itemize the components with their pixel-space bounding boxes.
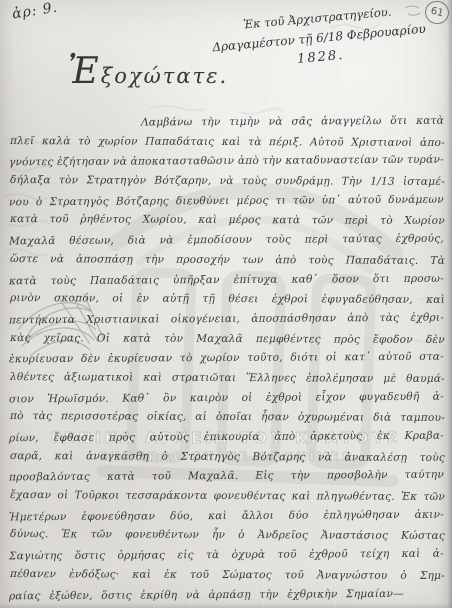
manuscript-line: Σαγιώτηςὅστιςὁρμήσαςεἰςτὰὀχυρὰτοῦἐχθροῦτ… xyxy=(9,548,444,570)
manuscript-line: πέθανενἐνδόξως·καὶἐκτοῦΣώματοςτοῦἈναγνώσ… xyxy=(10,568,445,590)
manuscript-line: προσβαλόνταςκατὰτοῦΜαχαλᾶ.Εἰςτὴνπροσβολὴ… xyxy=(9,469,444,491)
manuscript-line: ἐκυρίευσανδὲνἐκυρίευσαντὸχωρίοντοῦτο,διό… xyxy=(9,351,444,373)
manuscript-line: κὰςχεῖρας.ΟἱκατὰτὸνΜαχαλᾶπεμφθέντεςπρὸςἔ… xyxy=(10,332,445,354)
salutation: Ἐξοχώτατε. xyxy=(68,62,228,88)
page-edge-shadow xyxy=(0,603,452,608)
manuscript-line: δύνως.ἘκτῶνφονευθέντωνἦνὁἈνδρεῖοςἈναστάσ… xyxy=(10,528,445,550)
page-edge-shadow xyxy=(447,0,452,608)
letter-heading: Ἐκ τοῦ Ἀρχιστρατηγείου. Δραγαμέστον τῇ 6… xyxy=(210,0,428,77)
manuscript-line: ρίων,ἔφθασεπρὸςαὐτοὺςἐπικουρίαἀπὸἀρκετοὺ… xyxy=(9,430,444,452)
manuscript-line: λθέντεςἀξιωματικοὶκαὶστρατιῶταιἝλληνεςἐπ… xyxy=(10,371,445,393)
manuscript-line: πὸτὰςπερισσοτέραςοἰκίας,αἱὁποῖαιἦσανὀχυρ… xyxy=(10,410,445,432)
manuscript-line: κατὰτοῦῥηθέντοςΧωρίου,καὶμέροςκατὰτῶνπερ… xyxy=(10,213,445,235)
manuscript-line: πεντήκονταΧριστιανικαὶοἰκογένειαι,ἀποσπά… xyxy=(9,312,444,334)
manuscript-line: Μαχαλᾶθέσεων,διὰνὰἐμποδίσουντοὺςπερὶταύτ… xyxy=(9,233,444,255)
manuscript-line: γνόντεςἐζήτησαννὰἀποκατασταθῶσινἀπὸτὴνκα… xyxy=(9,154,444,176)
letter-body: Λαμβάνωτὴντιμὴννὰσᾶςἀναγγείλωὅτικατὰπλεῖ… xyxy=(9,116,444,608)
manuscript-line: Λαμβάνωτὴντιμὴννὰσᾶςἀναγγείλωὅτικατὰ xyxy=(9,115,444,137)
manuscript-line: ρινὸνσκοπόν,οἱἐναὐτῇτῇθέσειἐχθροὶἐφυγαδε… xyxy=(10,292,445,314)
manuscript-line: σιονἩρωϊσμόν.Καθ᾽ὃνκαιρὸνοἱἐχθροὶεἶχονφυ… xyxy=(9,390,444,412)
manuscript-line: κατὰτοὺςΠαπαδάταιςὑπῆρξανἐπίτυχακαθ᾽ὅσον… xyxy=(9,272,444,294)
manuscript-line: ἔχασανοἱΤοῦρκοιτεσσαράκονταφονευθένταςκα… xyxy=(10,489,445,511)
manuscript-line: δήλαξατὸνΣτρατηγὸνΒότζαρην,νὰτοὺςσυνδράμ… xyxy=(10,174,445,196)
manuscript-page: ΓΕΝΙΚΑ ΑΡΧΕΙΑ ΤΟΥ ΚΡΑΤΟΥΣ GENERAL STATE … xyxy=(0,0,452,608)
manuscript-line: ὥστενὰἀποσπάσῃτὴνπροσοχήντωνἀπὸτοὺςΠαπαδ… xyxy=(10,253,445,275)
reference-number: ἀρ: 9. xyxy=(11,0,59,23)
